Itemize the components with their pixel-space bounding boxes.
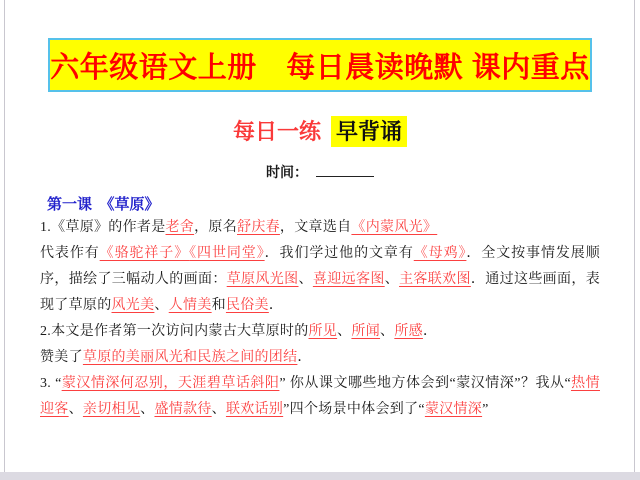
paragraph: 代表作有《骆驼祥子》《四世同堂》．我们学过他的文章有《母鸡》．全文按事情发展顺序… (40, 241, 600, 319)
key-term: 风光美 (112, 298, 155, 313)
text-run: ，原名 (194, 220, 237, 235)
page-edge-left (4, 0, 5, 472)
daily-practice-label: 每日一练 (233, 119, 321, 144)
text-run: 赞美了 (40, 350, 83, 365)
key-term: 所闻 (351, 324, 380, 339)
document-paragraphs: 1.《草原》的作者是老舍，原名舒庆春，文章选自《内蒙风光》代表作有《骆驼祥子》《… (40, 215, 600, 423)
time-row: 时间： (0, 162, 640, 182)
document-body: 第一课 《草原》 1.《草原》的作者是老舍，原名舒庆春，文章选自《内蒙风光》代表… (40, 195, 600, 423)
key-term: 所感 (394, 324, 423, 339)
title-banner: 六年级语文上册 每日晨读晚默 课内重点 (48, 38, 592, 92)
text-run: ，文章选自 (280, 220, 352, 235)
paragraph: 1.《草原》的作者是老舍，原名舒庆春，文章选自《内蒙风光》 (40, 215, 600, 241)
key-term: 民俗美 (226, 298, 269, 313)
text-run: ．我们学过他的文章有 (265, 246, 414, 261)
key-term: 联欢话别 (226, 402, 283, 417)
text-run: 、 (69, 402, 83, 417)
text-run: 、 (154, 298, 168, 313)
lesson-heading: 第一课 《草原》 (40, 195, 600, 215)
text-run: 、 (337, 324, 351, 339)
text-run: 和 (212, 298, 226, 313)
page-bottom-strip (0, 472, 640, 480)
key-term: 所见 (309, 324, 338, 339)
paragraph: 3. “蒙汉情深何忍别，天涯碧草话斜阳” 你从课文哪些地方体会到“蒙汉情深”？我… (40, 371, 600, 423)
key-term: 草原的美丽风光和民族之间的团结 (83, 350, 298, 365)
key-term: 人情美 (169, 298, 212, 313)
key-term: 舒庆春 (237, 220, 280, 235)
banner-title: 六年级语文上册 每日晨读晚默 课内重点 (50, 45, 590, 86)
subtitle-row: 每日一练早背诵 (0, 115, 640, 148)
key-term: 主客联欢图 (399, 272, 471, 287)
time-label: 时间： (266, 166, 308, 181)
paragraph: 2.本文是作者第一次访问内蒙古大草原时的所见、所闻、所感． (40, 319, 600, 345)
text-run: 代表作有 (40, 246, 100, 261)
key-term: 《内蒙风光》 (351, 220, 437, 235)
text-run: ． (423, 324, 437, 339)
text-run: ． (269, 298, 283, 313)
key-term: 草原风光图 (227, 272, 299, 287)
page-edge-right (634, 0, 635, 472)
text-run: 3. “ (40, 376, 62, 391)
text-run: ” 你从课文哪些地方体会到“蒙汉情深”？我从“ (279, 376, 571, 391)
text-run: ． (297, 350, 311, 365)
text-run: 1.《草原》的作者是 (40, 220, 166, 235)
morning-recite-highlight: 早背诵 (331, 116, 407, 147)
text-run: 、 (380, 324, 394, 339)
key-term: 《四世同堂》 (189, 246, 264, 261)
text-run: 、 (212, 402, 226, 417)
text-run: 、 (140, 402, 154, 417)
paragraph: 赞美了草原的美丽风光和民族之间的团结． (40, 345, 600, 371)
key-term: 盛情款待 (154, 402, 211, 417)
text-run: 、 (299, 272, 313, 287)
key-term: 蒙汉情深 (425, 402, 482, 417)
text-run: ” (482, 402, 489, 417)
text-run: 2.本文是作者第一次访问内蒙古大草原时的 (40, 324, 309, 339)
text-run: 、 (385, 272, 399, 287)
key-term: 喜迎远客图 (313, 272, 385, 287)
key-term: 老舍 (166, 220, 195, 235)
key-term: 蒙汉情深何忍别，天涯碧草话斜阳 (62, 376, 280, 391)
text-run: ”四个场景中体会到了“ (283, 402, 425, 417)
key-term: 《骆驼祥子》 (100, 246, 189, 261)
time-blank-line (316, 164, 374, 177)
key-term: 《母鸡》 (414, 246, 467, 261)
key-term: 亲切相见 (83, 402, 140, 417)
